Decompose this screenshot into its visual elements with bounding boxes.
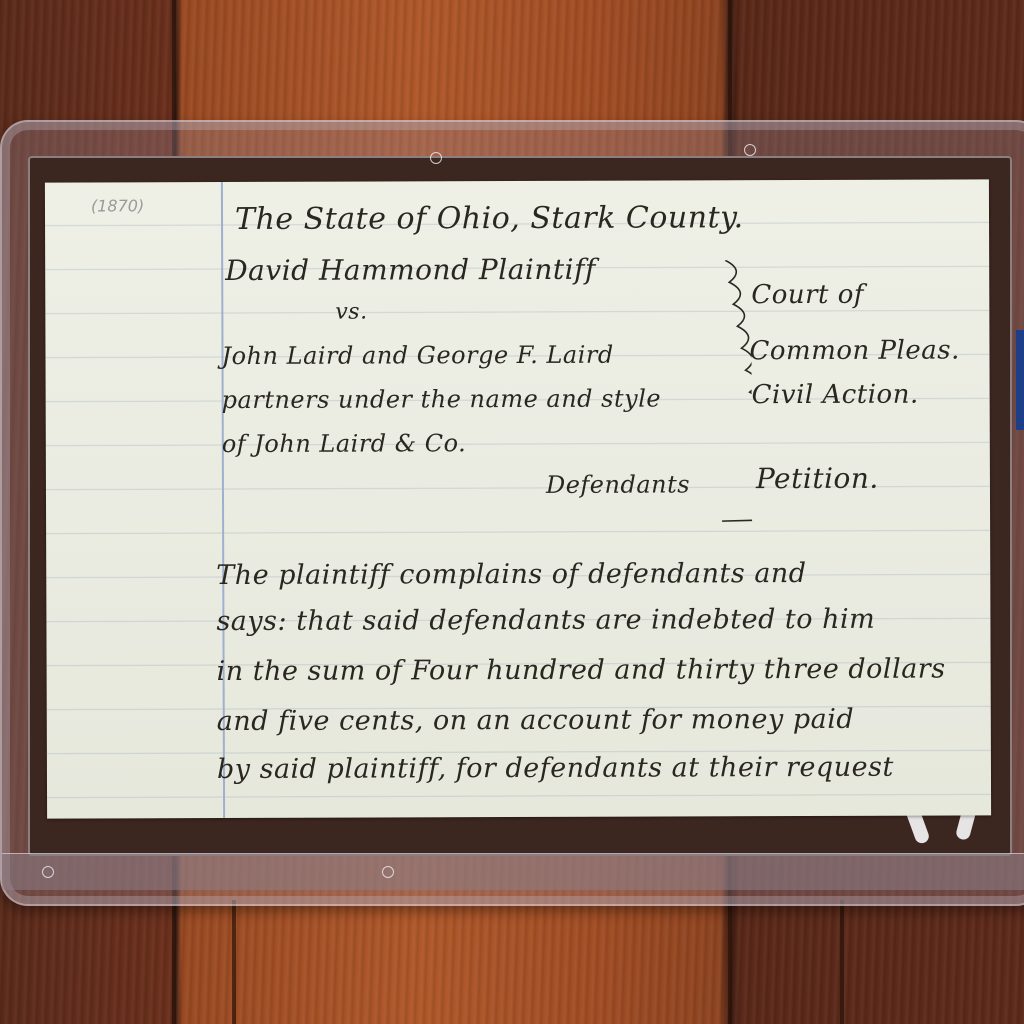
body-text-line: in the sum of Four hundred and thirty th… xyxy=(217,654,946,688)
filing-type: Petition. xyxy=(756,462,879,495)
blue-object-edge xyxy=(1016,330,1024,430)
defendants-line: of John Laird & Co. xyxy=(222,429,467,458)
holder-peg xyxy=(430,152,442,164)
plaintiff-name: David Hammond Plaintiff xyxy=(225,253,596,287)
caption-brace xyxy=(721,260,752,540)
holder-peg xyxy=(744,144,756,156)
wood-plank-seam xyxy=(840,900,844,1024)
holder-peg xyxy=(382,866,394,878)
defendants-line: partners under the name and style xyxy=(222,385,662,415)
holder-peg xyxy=(42,866,54,878)
holder-bottom-rail xyxy=(2,853,1024,890)
body-text-line: and five cents, on an account for money … xyxy=(217,704,854,737)
court-line: Court of xyxy=(751,280,864,310)
caption-title: The State of Ohio, Stark County. xyxy=(235,200,744,237)
year-annotation: (1870) xyxy=(91,196,144,215)
wood-plank-seam xyxy=(232,900,236,1024)
body-text-line: by said plaintiff, for defendants at the… xyxy=(217,752,894,785)
legal-document: (1870) The State of Ohio, Stark County. … xyxy=(45,179,991,818)
defendants-label: Defendants xyxy=(546,470,690,499)
court-line: Civil Action. xyxy=(752,380,919,411)
versus-label: vs. xyxy=(335,300,367,325)
body-text-line: says: that said defendants are indebted … xyxy=(216,604,875,637)
defendants-line: John Laird and George F. Laird xyxy=(221,341,613,370)
body-text-line: The plaintiff complains of defendants an… xyxy=(216,558,806,591)
court-line: Common Pleas. xyxy=(749,335,959,366)
